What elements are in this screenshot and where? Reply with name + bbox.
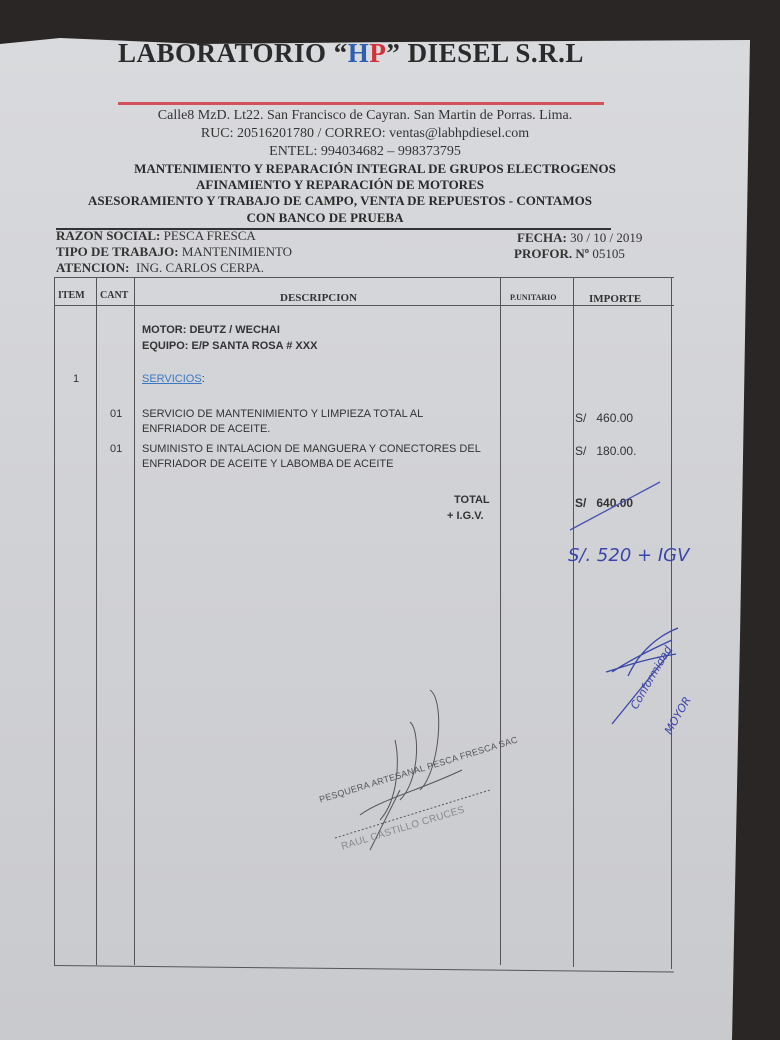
handwritten-strike-icon bbox=[0, 0, 780, 1040]
handwritten-amount-note: S/. 520 + IGV bbox=[568, 545, 689, 566]
